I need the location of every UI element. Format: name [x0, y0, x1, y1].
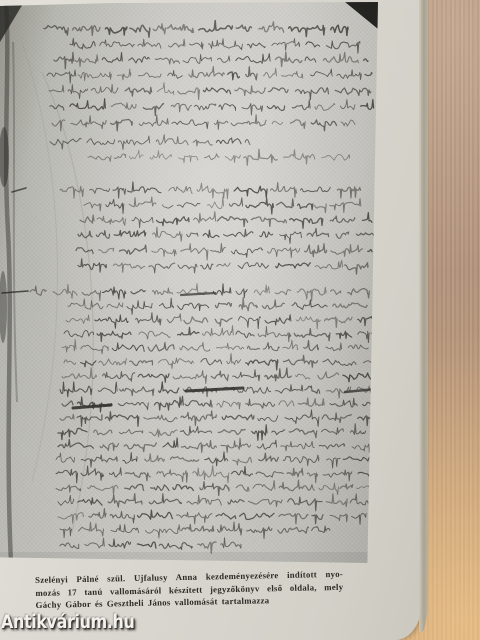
manuscript-handwriting-svg	[0, 2, 378, 563]
antikvarium-watermark: Antikvárium.hu	[1, 612, 134, 633]
paper-crease	[22, 42, 57, 482]
photo-caption: Szelényi Pálné szül. Ujfalusy Anna kezde…	[35, 568, 344, 612]
photo-bottom-shade	[0, 552, 378, 563]
photo-dark-corner-topleft	[0, 2, 24, 42]
binding-shadow-inner	[13, 42, 17, 402]
handwriting-lines	[30, 21, 376, 554]
paper-crease	[42, 72, 93, 532]
binding-blob	[0, 271, 7, 343]
manuscript-photo	[0, 2, 378, 563]
book-page: Szelényi Pálné szül. Ujfalusy Anna kezde…	[0, 0, 421, 640]
book-scan: Szelényi Pálné szül. Ujfalusy Anna kezde…	[0, 0, 480, 640]
photo-dark-corner-topright	[345, 2, 378, 29]
binding-shadow	[6, 2, 11, 563]
page-block-edge	[419, 0, 428, 632]
